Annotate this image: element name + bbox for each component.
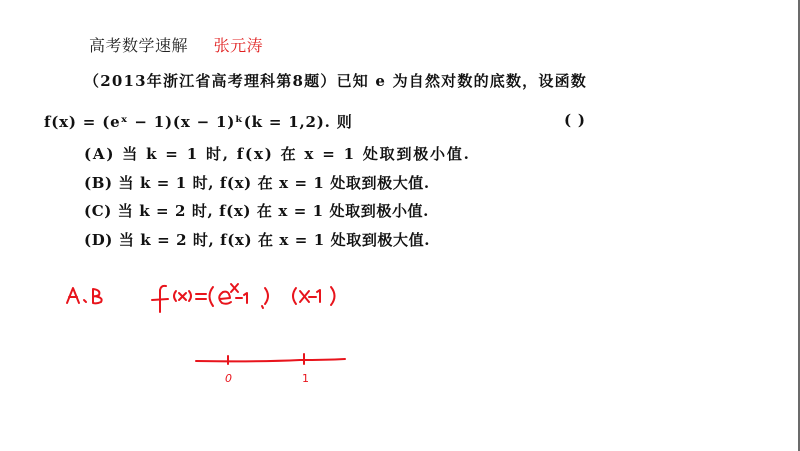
tick-label-1: 1 xyxy=(302,372,309,385)
handwritten-number-line xyxy=(196,354,345,364)
handwritten-answer-ab xyxy=(67,288,102,303)
handwritten-formula xyxy=(152,284,335,312)
handwriting-layer: 0 1 xyxy=(0,0,800,451)
tick-label-0: 0 xyxy=(225,372,232,385)
